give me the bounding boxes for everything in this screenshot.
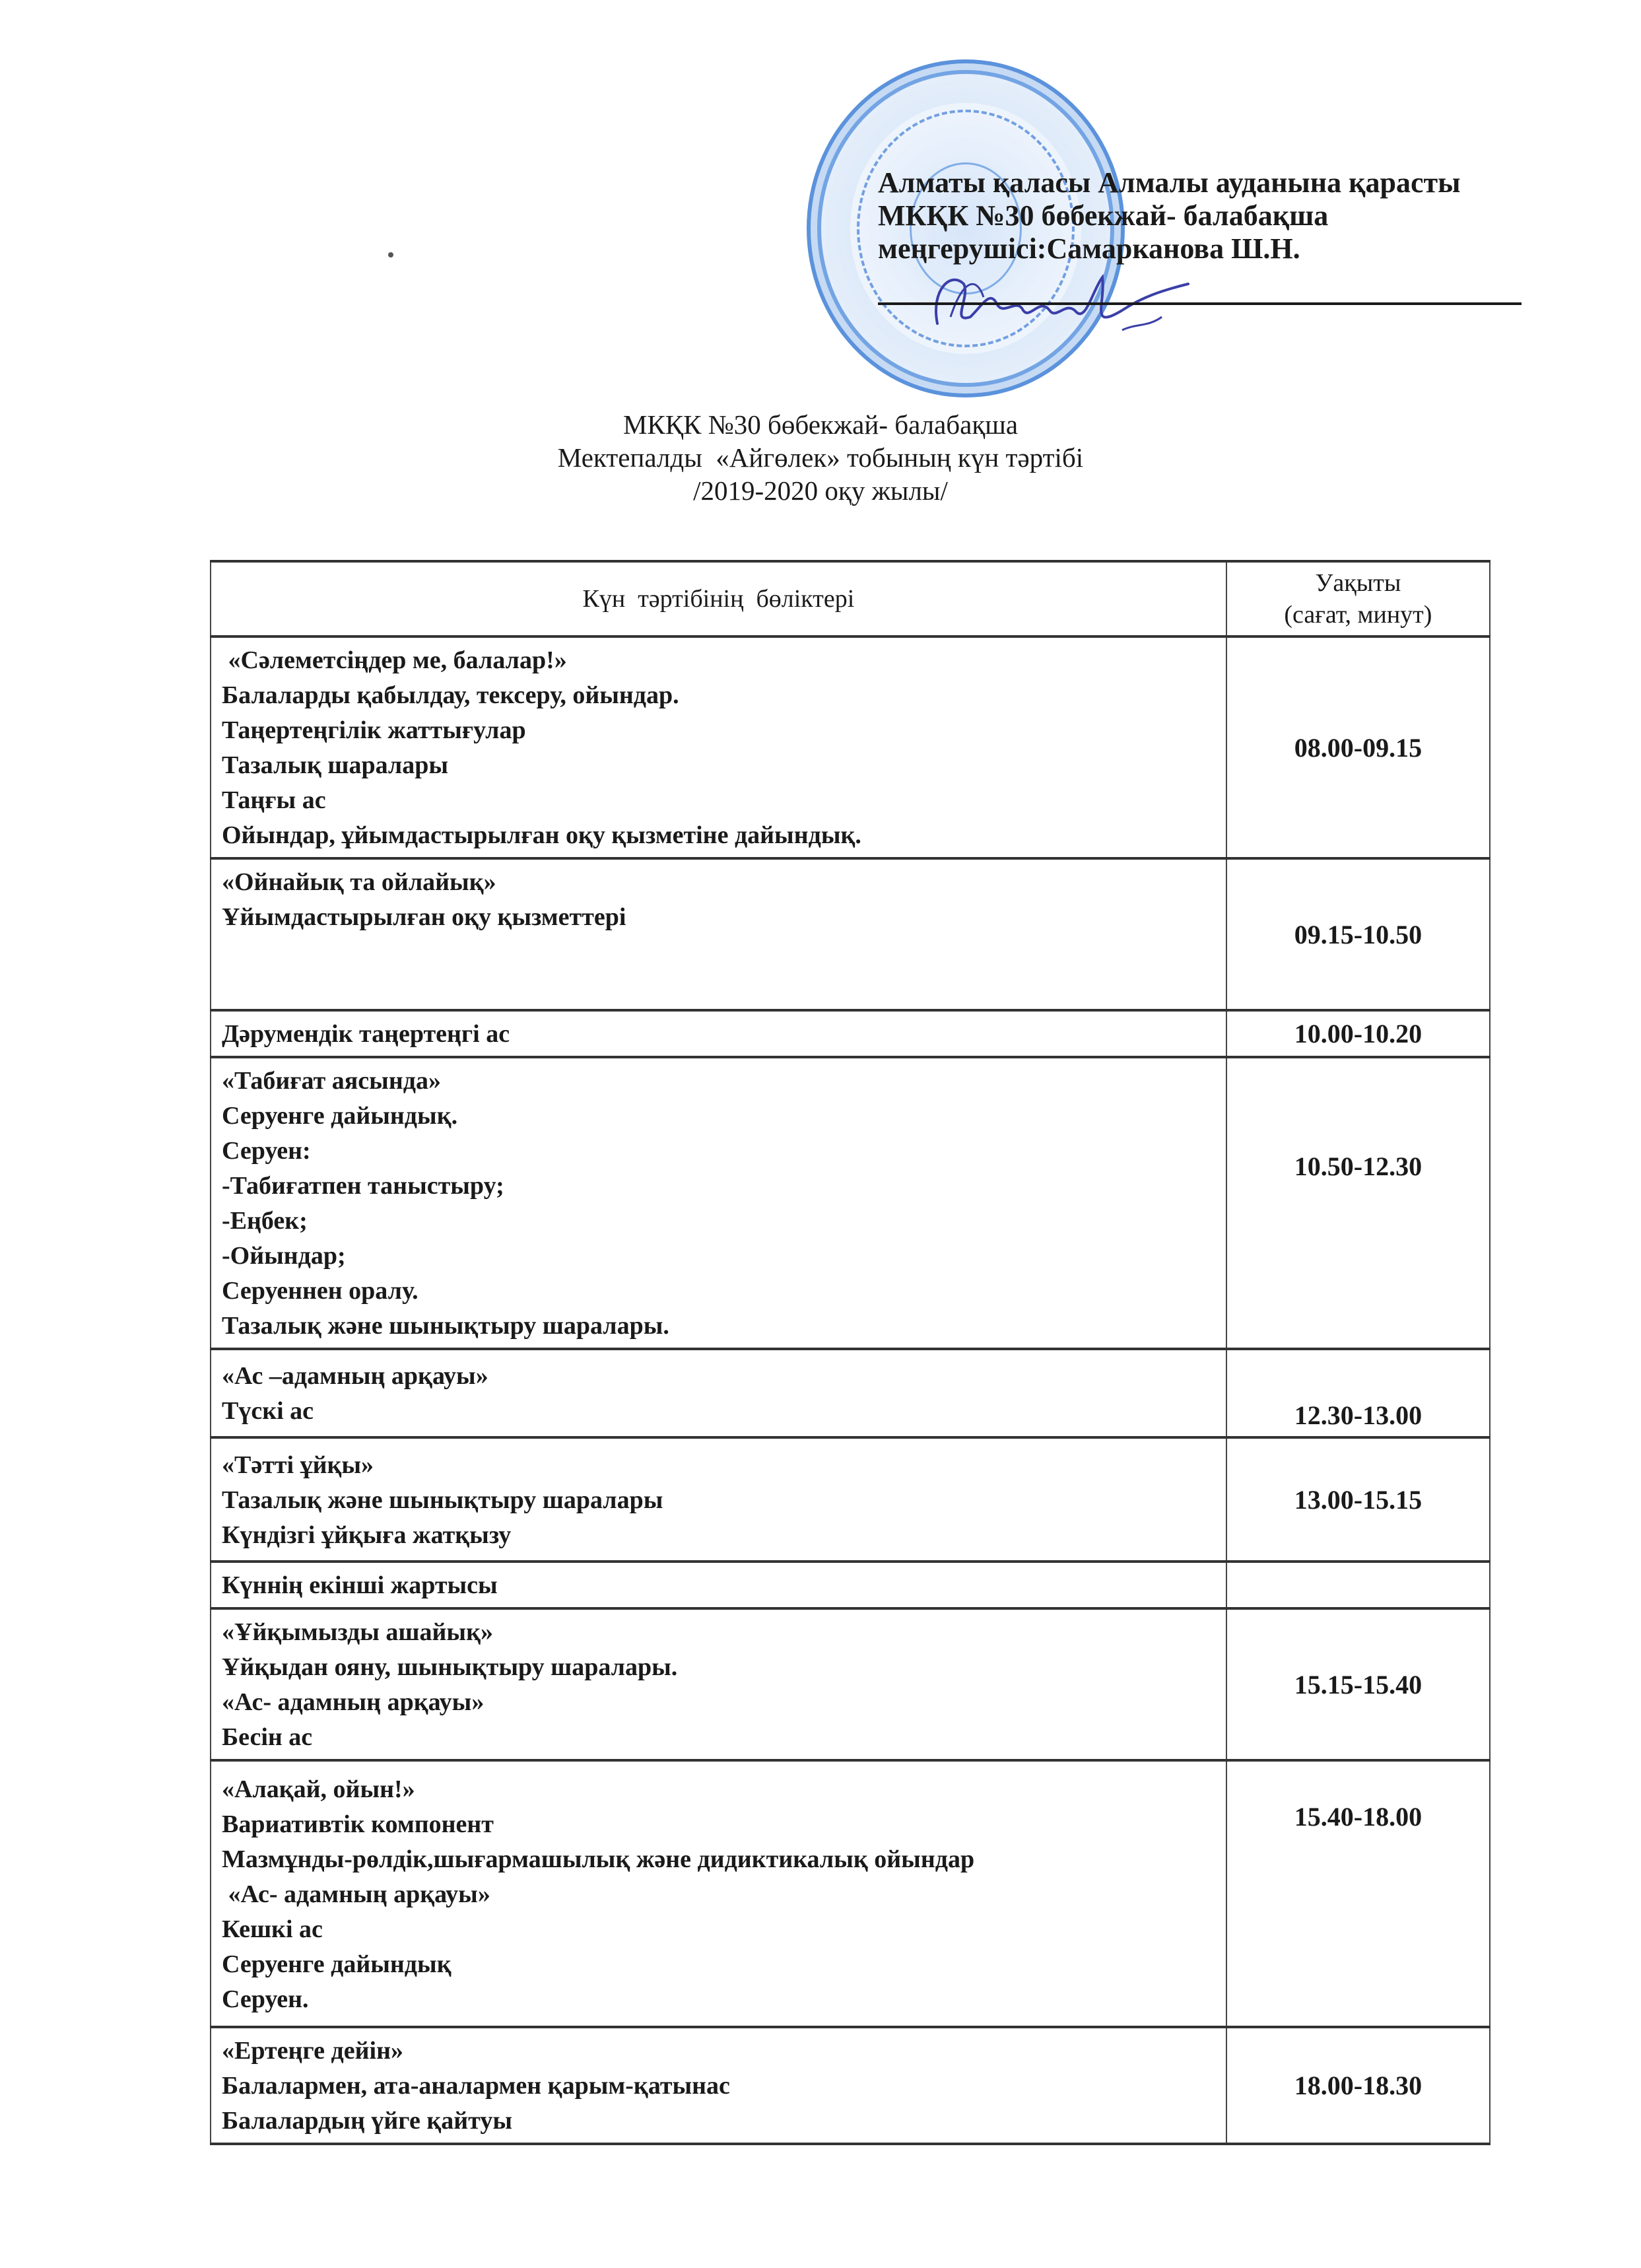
time-value: 18.00-18.30 <box>1294 2071 1422 2100</box>
time-cell <box>1226 1562 1490 1608</box>
activity-cell: «Табиғат аясында»Серуенге дайындық.Серуе… <box>211 1057 1226 1349</box>
activity-line: «Алақай, ойын!» <box>222 1772 1215 1807</box>
approval-line-1: Алматы қаласы Алмалы ауданына қарасты <box>878 166 1460 199</box>
time-value: 12.30-13.00 <box>1294 1400 1422 1430</box>
activity-line: Серуенге дайындық. <box>222 1099 1215 1134</box>
activity-line: Тазалық шаралары <box>222 748 1215 783</box>
activity-line: -Еңбек; <box>222 1204 1215 1239</box>
activity-cell: «Тәтті ұйқы»Тазалық және шынықтыру шарал… <box>211 1437 1226 1562</box>
table-row: «Ойнайық та ойлайық»Ұйымдастырылған оқу … <box>211 858 1490 1010</box>
table-row: «Тәтті ұйқы»Тазалық және шынықтыру шарал… <box>211 1437 1490 1562</box>
time-cell: 09.15-10.50 <box>1226 858 1490 1010</box>
activity-line: Тазалық және шынықтыру шаралары <box>222 1483 1215 1518</box>
activity-line: «Ұйқымызды ашайық» <box>222 1615 1215 1650</box>
time-cell: 18.00-18.30 <box>1226 2027 1490 2144</box>
activity-line: «Табиғат аясында» <box>222 1064 1215 1099</box>
activity-line: Ойындар, ұйымдастырылған оқу қызметіне д… <box>222 818 1215 853</box>
table-row: Күннің екінші жартысы <box>211 1562 1490 1608</box>
activity-cell: Дәрумендік таңертеңгі ас <box>211 1010 1226 1057</box>
table-row: «Ұйқымызды ашайық»Ұйқыдан ояну, шынықтыр… <box>211 1608 1490 1760</box>
approval-line-3: меңгерушісі:Самарканова Ш.Н. <box>878 232 1460 265</box>
activity-line: Мазмұнды-рөлдік,шығармашылық және дидикт… <box>222 1842 1215 1877</box>
activity-line: Балалардың үйге қайтуы <box>222 2104 1215 2139</box>
activity-line: Түскі ас <box>222 1394 1215 1429</box>
activity-line: Балалармен, ата-аналармен қарым-қатынас <box>222 2069 1215 2104</box>
time-cell: 15.40-18.00 <box>1226 1760 1490 2027</box>
time-value: 08.00-09.15 <box>1294 733 1422 763</box>
header-time: Уақыты (сағат, минут) <box>1226 561 1490 636</box>
title-line-3: /2019-2020 оқу жылы/ <box>0 474 1641 507</box>
activity-line: Таңғы ас <box>222 783 1215 818</box>
activity-line: Күндізгі ұйқыға жатқызу <box>222 1518 1215 1553</box>
activity-line: Кешкі ас <box>222 1912 1215 1947</box>
table-row: «Табиғат аясында»Серуенге дайындық.Серуе… <box>211 1057 1490 1349</box>
activity-line: Күннің екінші жартысы <box>222 1568 1215 1603</box>
activity-line: Бесін ас <box>222 1720 1215 1755</box>
activity-line: Тазалық және шынықтыру шаралары. <box>222 1309 1215 1344</box>
activity-line: -Ойындар; <box>222 1239 1215 1274</box>
time-value: 15.40-18.00 <box>1294 1802 1422 1832</box>
activity-cell: «Алақай, ойын!»Вариативтік компонентМазм… <box>211 1760 1226 2027</box>
table-row: «Ас –адамның арқауы»Түскі ас12.30-13.00 <box>211 1349 1490 1437</box>
table-row: «Сәлеметсіңдер ме, балалар!»Балаларды қа… <box>211 636 1490 858</box>
title-line-1: МКҚК №30 бөбекжай- балабақша <box>0 408 1641 441</box>
time-value: 09.15-10.50 <box>1294 920 1422 949</box>
scan-speck <box>388 252 393 258</box>
activity-line: «Ас- адамның арқауы» <box>222 1877 1215 1912</box>
activity-line: Ұйымдастырылған оқу қызметтері <box>222 900 1215 935</box>
activity-cell: «Ертеңге дейін»Балалармен, ата-аналармен… <box>211 2027 1226 2144</box>
approval-block: Алматы қаласы Алмалы ауданына қарасты МК… <box>878 166 1460 265</box>
table-header-row: Күн тәртібінің бөліктері Уақыты (сағат, … <box>211 561 1490 636</box>
activity-line: «Ас- адамның арқауы» <box>222 1685 1215 1720</box>
activity-line: «Ойнайық та ойлайық» <box>222 865 1215 900</box>
signature-icon <box>924 264 1201 337</box>
time-value: 15.15-15.40 <box>1294 1670 1422 1700</box>
activity-line: Серуенге дайындық <box>222 1947 1215 1982</box>
daily-schedule-table: Күн тәртібінің бөліктері Уақыты (сағат, … <box>210 560 1490 2145</box>
approval-line-2: МКҚК №30 бөбекжай- балабақша <box>878 199 1460 232</box>
table-row: «Ертеңге дейін»Балалармен, ата-аналармен… <box>211 2027 1490 2144</box>
activity-line: Серуен. <box>222 1982 1215 2017</box>
time-cell: 15.15-15.40 <box>1226 1608 1490 1760</box>
activity-line: «Ас –адамның арқауы» <box>222 1359 1215 1394</box>
activity-line: Дәрумендік таңертеңгі ас <box>222 1017 1215 1052</box>
time-cell: 10.50-12.30 <box>1226 1057 1490 1349</box>
time-cell: 12.30-13.00 <box>1226 1349 1490 1437</box>
activity-line <box>222 935 1215 970</box>
activity-line: Балаларды қабылдау, тексеру, ойындар. <box>222 678 1215 713</box>
activity-line: -Табиғатпен таныстыру; <box>222 1169 1215 1204</box>
time-cell: 08.00-09.15 <box>1226 636 1490 858</box>
schedule-body: «Сәлеметсіңдер ме, балалар!»Балаларды қа… <box>211 636 1490 2144</box>
header-activity: Күн тәртібінің бөліктері <box>211 561 1226 636</box>
time-value: 13.00-15.15 <box>1294 1485 1422 1515</box>
activity-cell: Күннің екінші жартысы <box>211 1562 1226 1608</box>
activity-cell: «Ұйқымызды ашайық»Ұйқыдан ояну, шынықтыр… <box>211 1608 1226 1760</box>
signature-line <box>878 302 1522 305</box>
table-row: Дәрумендік таңертеңгі ас10.00-10.20 <box>211 1010 1490 1057</box>
time-cell: 10.00-10.20 <box>1226 1010 1490 1057</box>
activity-line: Ұйқыдан ояну, шынықтыру шаралары. <box>222 1650 1215 1685</box>
activity-line: Таңертеңгілік жаттығулар <box>222 713 1215 748</box>
activity-line: Серуен: <box>222 1134 1215 1169</box>
time-cell: 13.00-15.15 <box>1226 1437 1490 1562</box>
activity-line: Серуеннен оралу. <box>222 1274 1215 1309</box>
activity-cell: «Ас –адамның арқауы»Түскі ас <box>211 1349 1226 1437</box>
document-title: МКҚК №30 бөбекжай- балабақша Мектепалды … <box>0 408 1641 507</box>
activity-cell: «Ойнайық та ойлайық»Ұйымдастырылған оқу … <box>211 858 1226 1010</box>
time-value: 10.50-12.30 <box>1294 1151 1422 1181</box>
activity-cell: «Сәлеметсіңдер ме, балалар!»Балаларды қа… <box>211 636 1226 858</box>
activity-line: Вариативтік компонент <box>222 1807 1215 1842</box>
activity-line: «Ертеңге дейін» <box>222 2034 1215 2069</box>
activity-line: «Сәлеметсіңдер ме, балалар!» <box>222 643 1215 678</box>
time-value: 10.00-10.20 <box>1294 1019 1422 1048</box>
activity-line: «Тәтті ұйқы» <box>222 1448 1215 1483</box>
table-row: «Алақай, ойын!»Вариативтік компонентМазм… <box>211 1760 1490 2027</box>
title-line-2: Мектепалды «Айгөлек» тобының күн тәртібі <box>0 441 1641 474</box>
